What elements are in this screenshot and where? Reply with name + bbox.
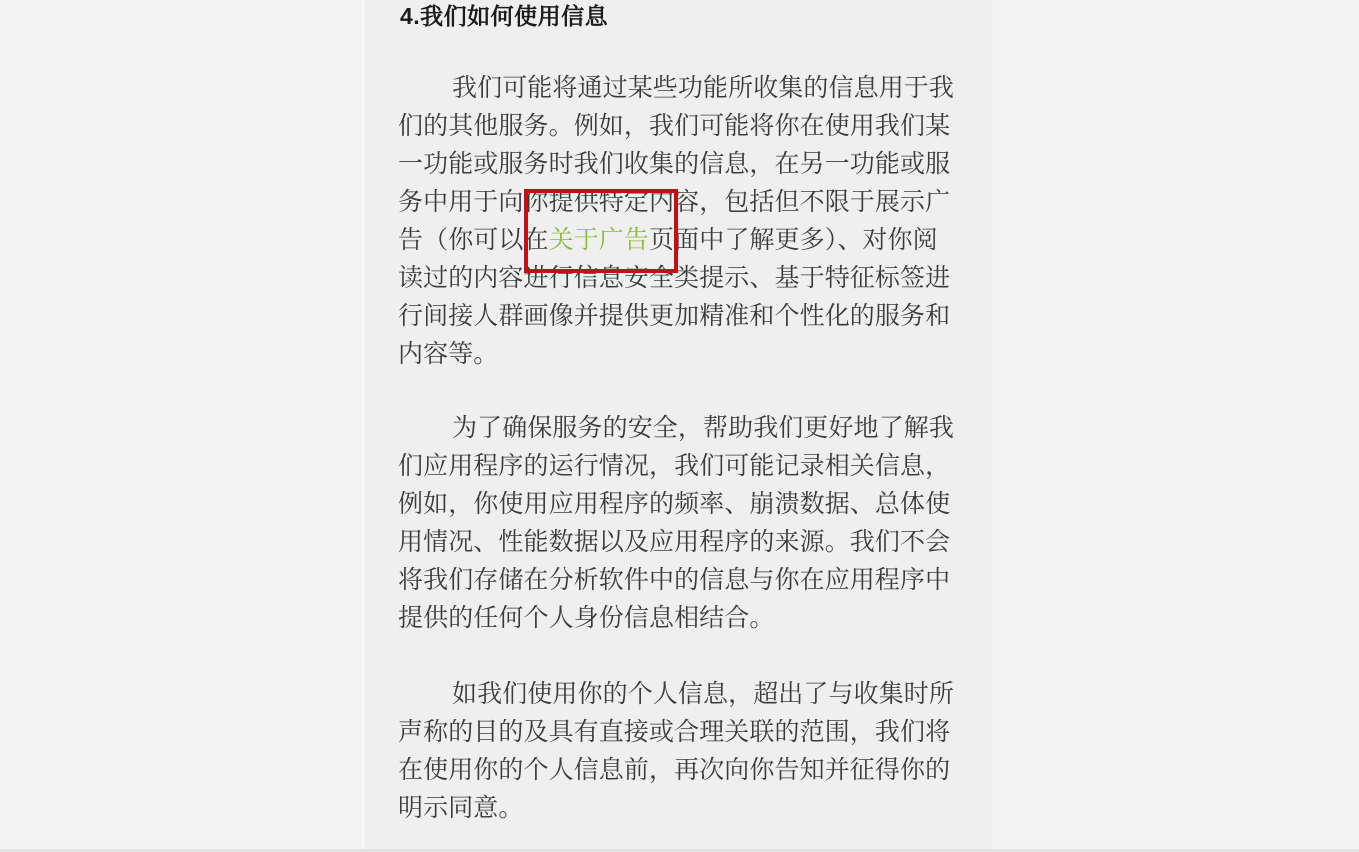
- text-line: 在使用你的个人信息前，再次向你告知并征得你的: [398, 751, 952, 789]
- section-title: 4.我们如何使用信息: [400, 1, 953, 31]
- text-line: 用情况、性能数据以及应用程序的来源。我们不会: [398, 523, 952, 561]
- text-line: 声称的目的及具有直接或合理关联的范围，我们将: [398, 713, 952, 751]
- text-line: 提供的任何个人身份信息相结合。: [398, 599, 952, 637]
- document-text-area: 4.我们如何使用信息 我们可能将通过某些功能所收集的信息用于我 们的其他服务。例…: [365, 0, 953, 827]
- paragraph-service-security: 为了确保服务的安全，帮助我们更好地了解我 们应用程序的运行情况，我们可能记录相关…: [398, 409, 952, 637]
- text-line: 如我们使用你的个人信息，超出了与收集时所: [398, 675, 952, 713]
- text-line: 为了确保服务的安全，帮助我们更好地了解我: [398, 409, 952, 447]
- document-page: 4.我们如何使用信息 我们可能将通过某些功能所收集的信息用于我 们的其他服务。例…: [362, 0, 992, 852]
- page-background: 4.我们如何使用信息 我们可能将通过某些功能所收集的信息用于我 们的其他服务。例…: [0, 0, 1359, 852]
- text-line-with-link: 告（你可以在关于广告页面中了解更多）、对你阅: [398, 221, 952, 259]
- text-line: 将我们存储在分析软件中的信息与你在应用程序中: [398, 561, 952, 599]
- text-line: 一功能或服务时我们收集的信息，在另一功能或服: [398, 145, 952, 183]
- text-line: 务中用于向你提供特定内容，包括但不限于展示广: [398, 183, 952, 221]
- text-line: 例如，你使用应用程序的频率、崩溃数据、总体使: [398, 485, 952, 523]
- text-segment: 告（你可以在: [398, 226, 549, 254]
- text-line: 读过的内容进行信息安全类提示、基于特征标签进: [398, 259, 952, 297]
- text-line: 明示同意。: [398, 789, 952, 827]
- text-line: 们应用程序的运行情况，我们可能记录相关信息，: [398, 447, 952, 485]
- paragraph-consent: 如我们使用你的个人信息，超出了与收集时所 声称的目的及具有直接或合理关联的范围，…: [398, 675, 952, 827]
- text-line: 我们可能将通过某些功能所收集的信息用于我: [398, 69, 952, 107]
- paragraph-how-we-use-info: 我们可能将通过某些功能所收集的信息用于我 们的其他服务。例如，我们可能将你在使用…: [398, 69, 952, 373]
- about-ads-link[interactable]: 关于广告: [549, 226, 649, 254]
- text-line: 们的其他服务。例如，我们可能将你在使用我们某: [398, 107, 952, 145]
- text-segment: 页面中了解更多）、对你阅: [649, 226, 938, 254]
- text-line: 行间接人群画像并提供更加精准和个性化的服务和: [398, 297, 952, 335]
- text-line: 内容等。: [398, 335, 952, 373]
